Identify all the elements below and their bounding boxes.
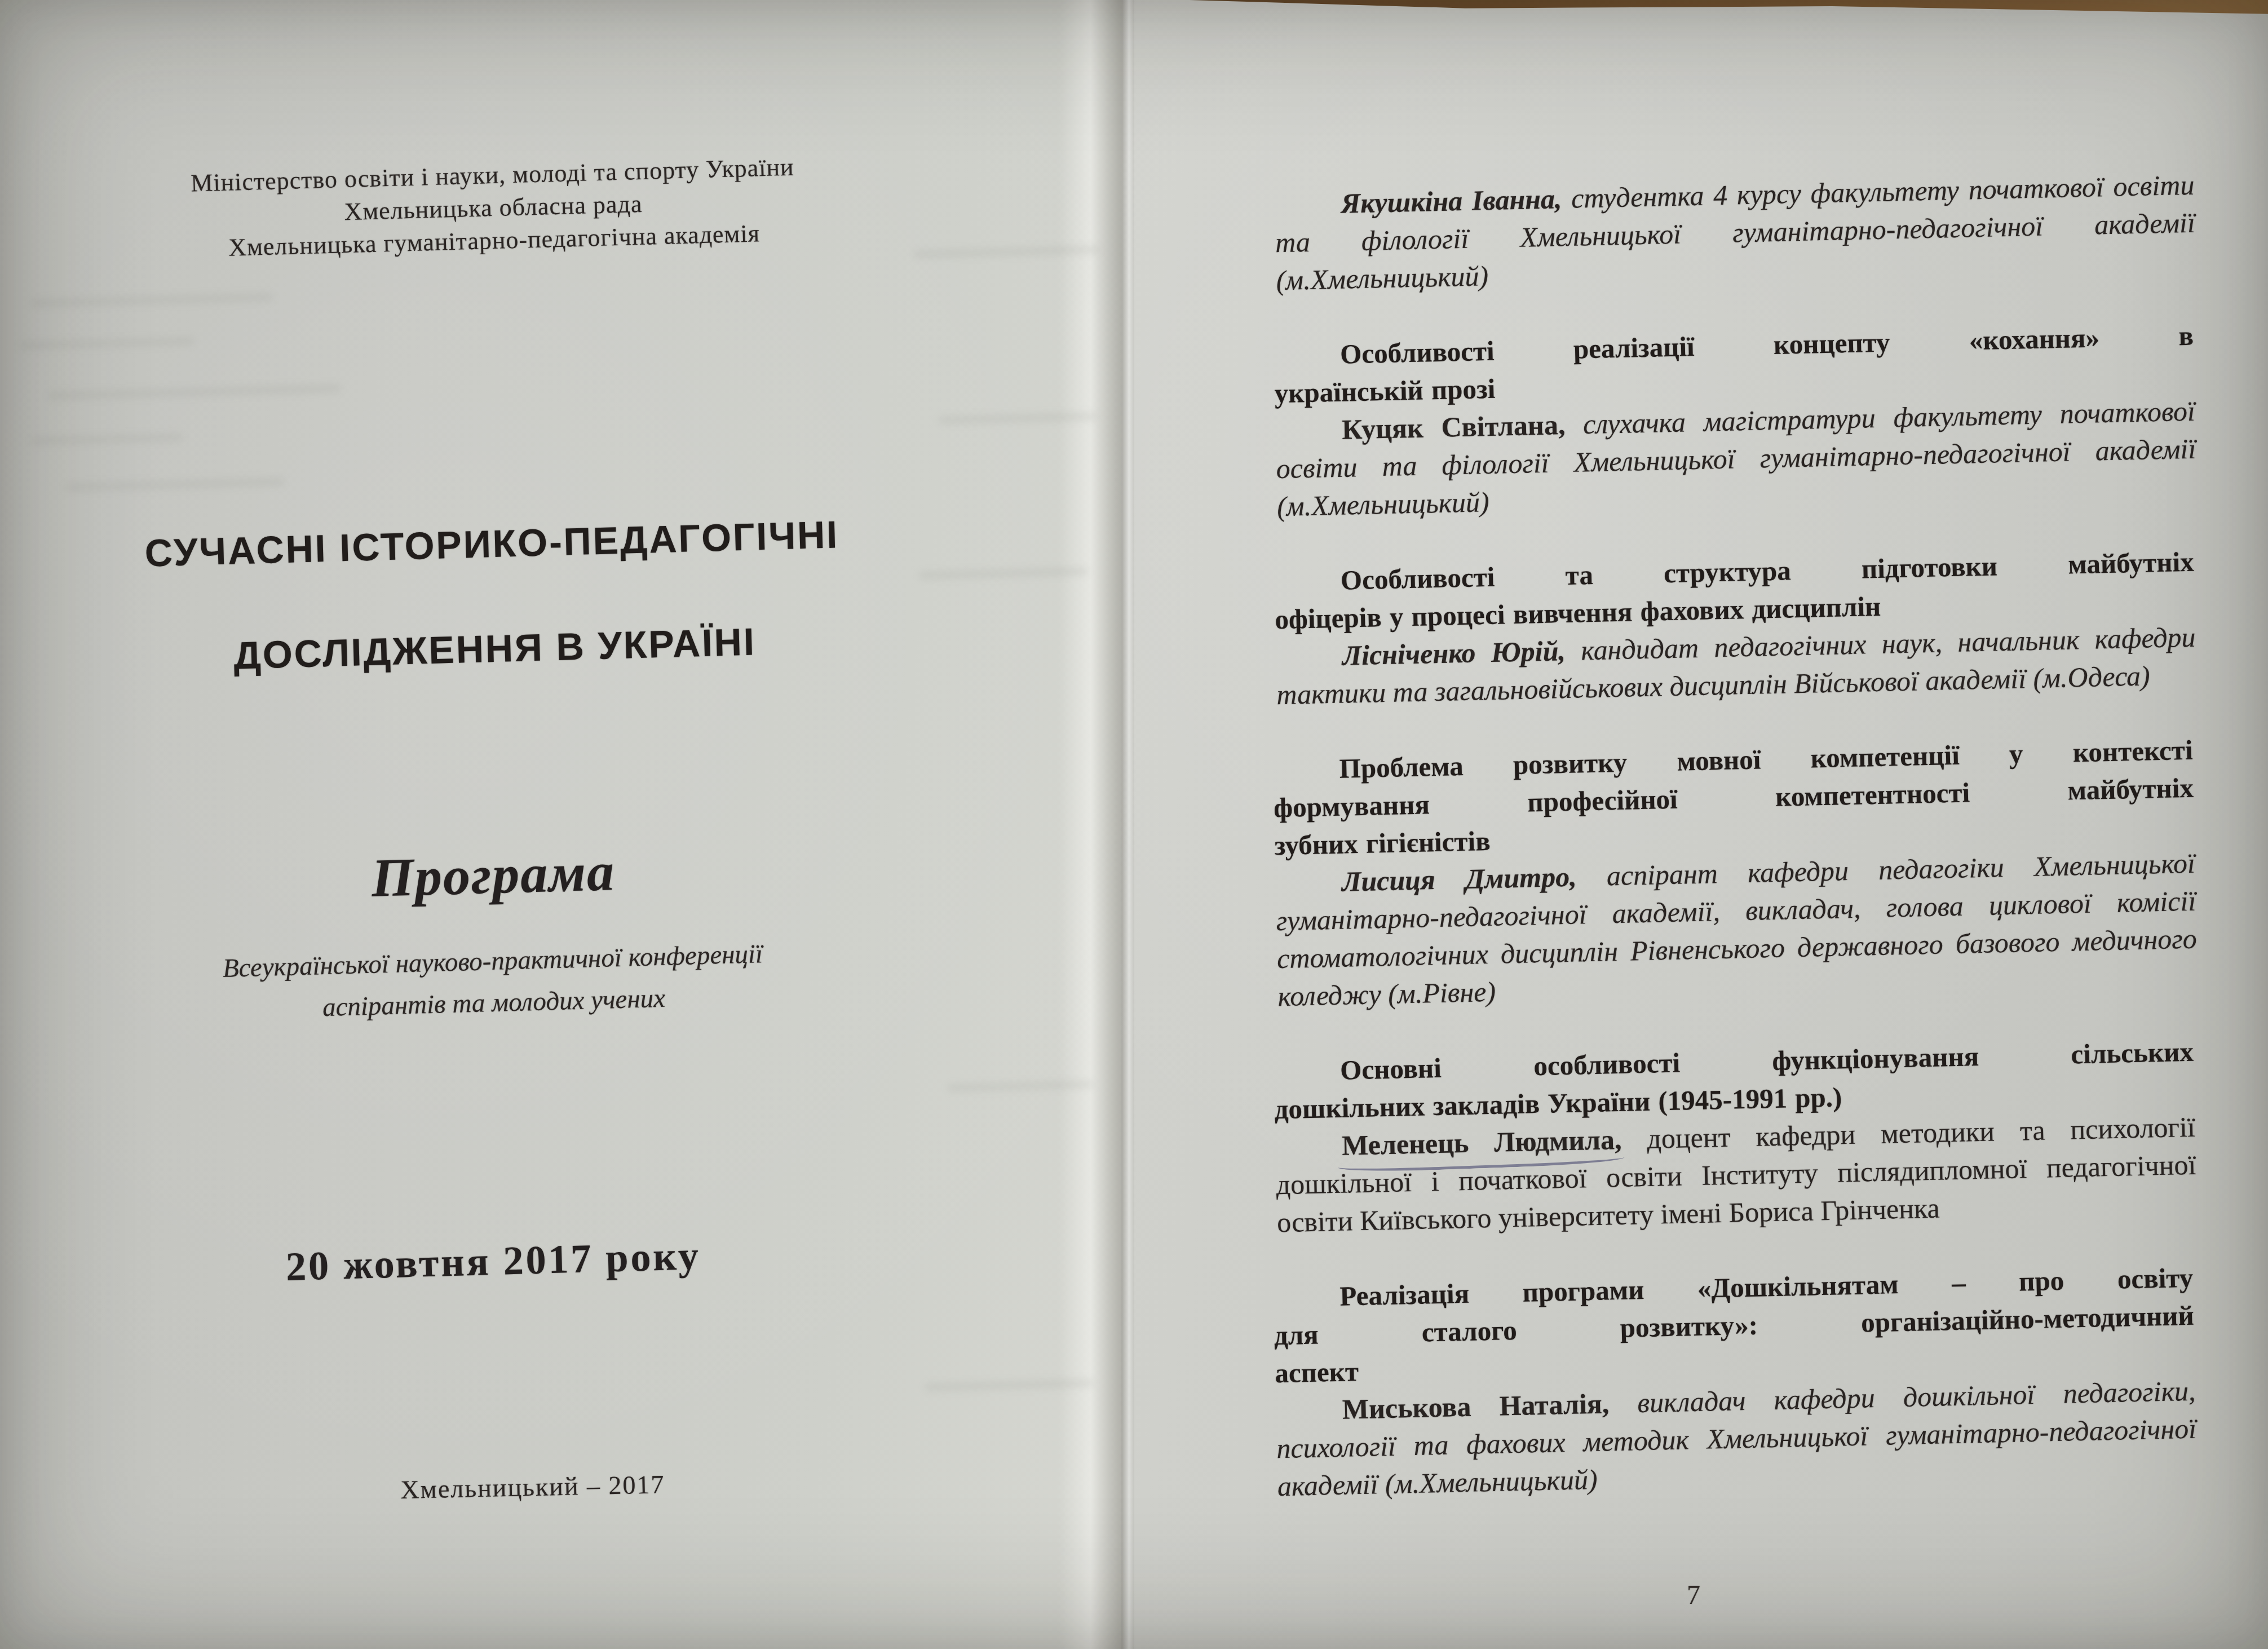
entry: Проблема розвитку мовної компетенції у к…: [1272, 731, 2198, 1015]
entry: Особливості реалізації концепту «кохання…: [1274, 317, 2198, 526]
entry-speaker: Миськова Наталія, викладач кафедри дошкі…: [1275, 1372, 2198, 1506]
conference-entries: Якушкіна Іванна, студентка 4 курсу факул…: [1275, 178, 2195, 1535]
entry-speaker: Якушкіна Іванна, студентка 4 курсу факул…: [1274, 166, 2196, 300]
entry: Якушкіна Іванна, студентка 4 курсу факул…: [1274, 166, 2196, 300]
entry-speaker: Куцяк Світлана, слухачка магістратури фа…: [1275, 392, 2197, 526]
conference-title: СУЧАСНІ ІСТОРИКО-ПЕДАГОГІЧНІ ДОСЛІДЖЕННЯ…: [51, 480, 935, 713]
entry-speaker: Меленець Людмила, доцент кафедри методик…: [1275, 1108, 2197, 1242]
booklet-photo: { "document": { "left_page": { "header_l…: [0, 0, 2268, 1649]
entry: Особливості та структура підготовки майб…: [1274, 543, 2196, 714]
speaker-name-underlined: Меленець Людмила,: [1342, 1124, 1622, 1161]
entry: Основні особливості функціонування сільс…: [1274, 1033, 2198, 1242]
entry: Реалізація програми «Дошкільнятам – про …: [1273, 1259, 2198, 1506]
speaker-name: Лісніченко Юрій,: [1342, 635, 1566, 671]
speaker-name: Лисиця Дмитро,: [1342, 861, 1577, 898]
page-number: 7: [1687, 1582, 1700, 1609]
speaker-name: Миськова Наталія,: [1342, 1387, 1610, 1425]
speaker-name: Куцяк Світлана,: [1342, 409, 1566, 445]
speaker-name: Якушкіна Іванна,: [1341, 183, 1562, 219]
entry-speaker: Лисиця Дмитро, аспірант кафедри педагогі…: [1275, 845, 2198, 1016]
